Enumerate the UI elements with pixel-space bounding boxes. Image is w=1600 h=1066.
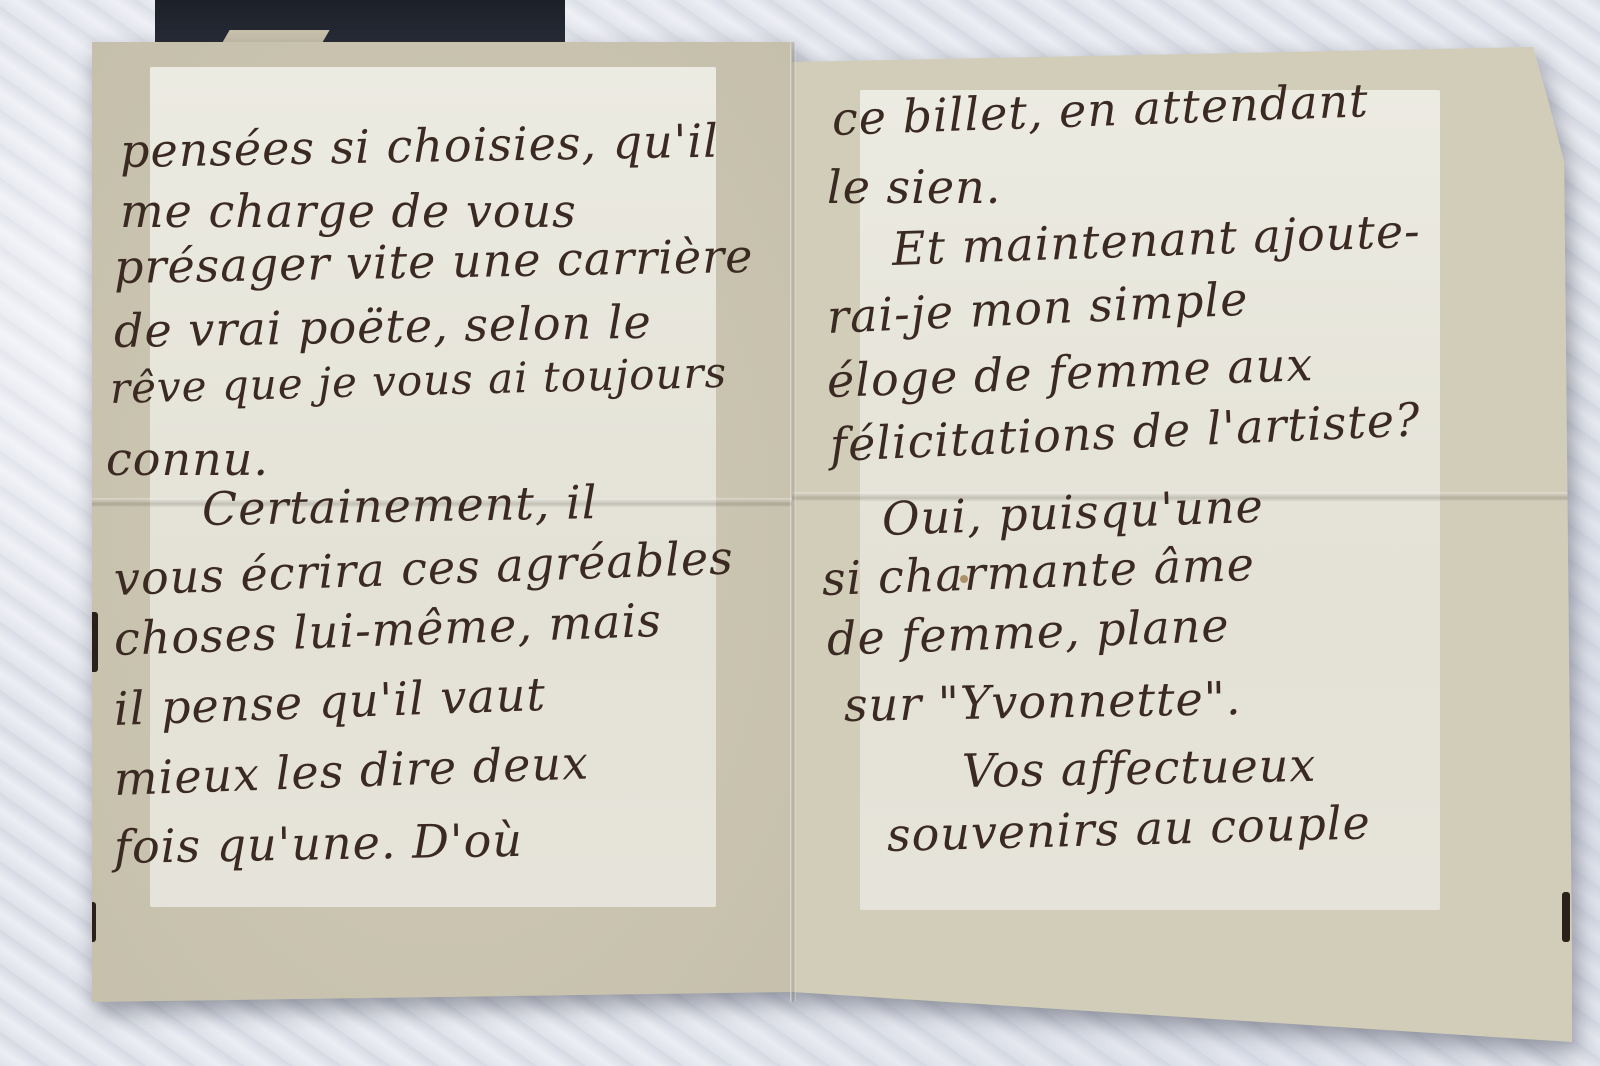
handwritten-line: si charmante âme bbox=[821, 537, 1256, 606]
handwritten-line: Certainement, il bbox=[202, 475, 598, 536]
burned-edge-mark bbox=[1562, 892, 1570, 942]
handwritten-line: Oui, puisqu'une bbox=[881, 479, 1265, 546]
handwritten-line: fois qu'une. D'où bbox=[114, 813, 524, 874]
handwritten-line: de vrai poëte, selon le bbox=[114, 295, 653, 358]
handwritten-line: ce billet, en attendant bbox=[831, 73, 1369, 146]
handwritten-line: me charge de vous bbox=[120, 184, 577, 238]
right-page: ce billet, en attendant le sien. Et main… bbox=[792, 42, 1572, 1042]
handwritten-line: souvenirs au couple bbox=[886, 795, 1371, 862]
handwritten-line: rai-je mon simple bbox=[826, 272, 1250, 344]
handwritten-line: il pense qu'il vaut bbox=[113, 667, 547, 736]
handwritten-line: mieux les dire deux bbox=[113, 735, 590, 806]
handwritten-line: Vos affectueux bbox=[962, 738, 1317, 798]
left-page-text: pensées si choisies, qu'il me charge de … bbox=[92, 42, 792, 1042]
vertical-fold bbox=[790, 42, 796, 1002]
left-page: pensées si choisies, qu'il me charge de … bbox=[92, 42, 792, 1042]
handwritten-line: de femme, plane bbox=[826, 598, 1230, 666]
handwritten-line: présager vite une carrière bbox=[114, 229, 754, 294]
handwritten-line: éloge de femme aux bbox=[826, 337, 1314, 408]
burned-edge-mark bbox=[88, 902, 96, 942]
burned-edge-mark bbox=[90, 612, 98, 672]
handwritten-line: choses lui-même, mais bbox=[113, 593, 663, 666]
letter: pensées si choisies, qu'il me charge de … bbox=[92, 42, 1572, 1042]
handwritten-line: Et maintenant ajoute- bbox=[891, 204, 1421, 276]
right-page-text: ce billet, en attendant le sien. Et main… bbox=[792, 42, 1572, 1042]
handwritten-line: le sien. bbox=[827, 160, 1001, 214]
handwritten-line: sur "Yvonnette". bbox=[844, 671, 1242, 732]
handwritten-line: pensées si choisies, qu'il bbox=[120, 114, 720, 178]
handwritten-line: rêve que je vous ai toujours bbox=[109, 348, 727, 413]
handwritten-line: connu. bbox=[106, 432, 269, 486]
dark-folder-background bbox=[155, 0, 565, 45]
